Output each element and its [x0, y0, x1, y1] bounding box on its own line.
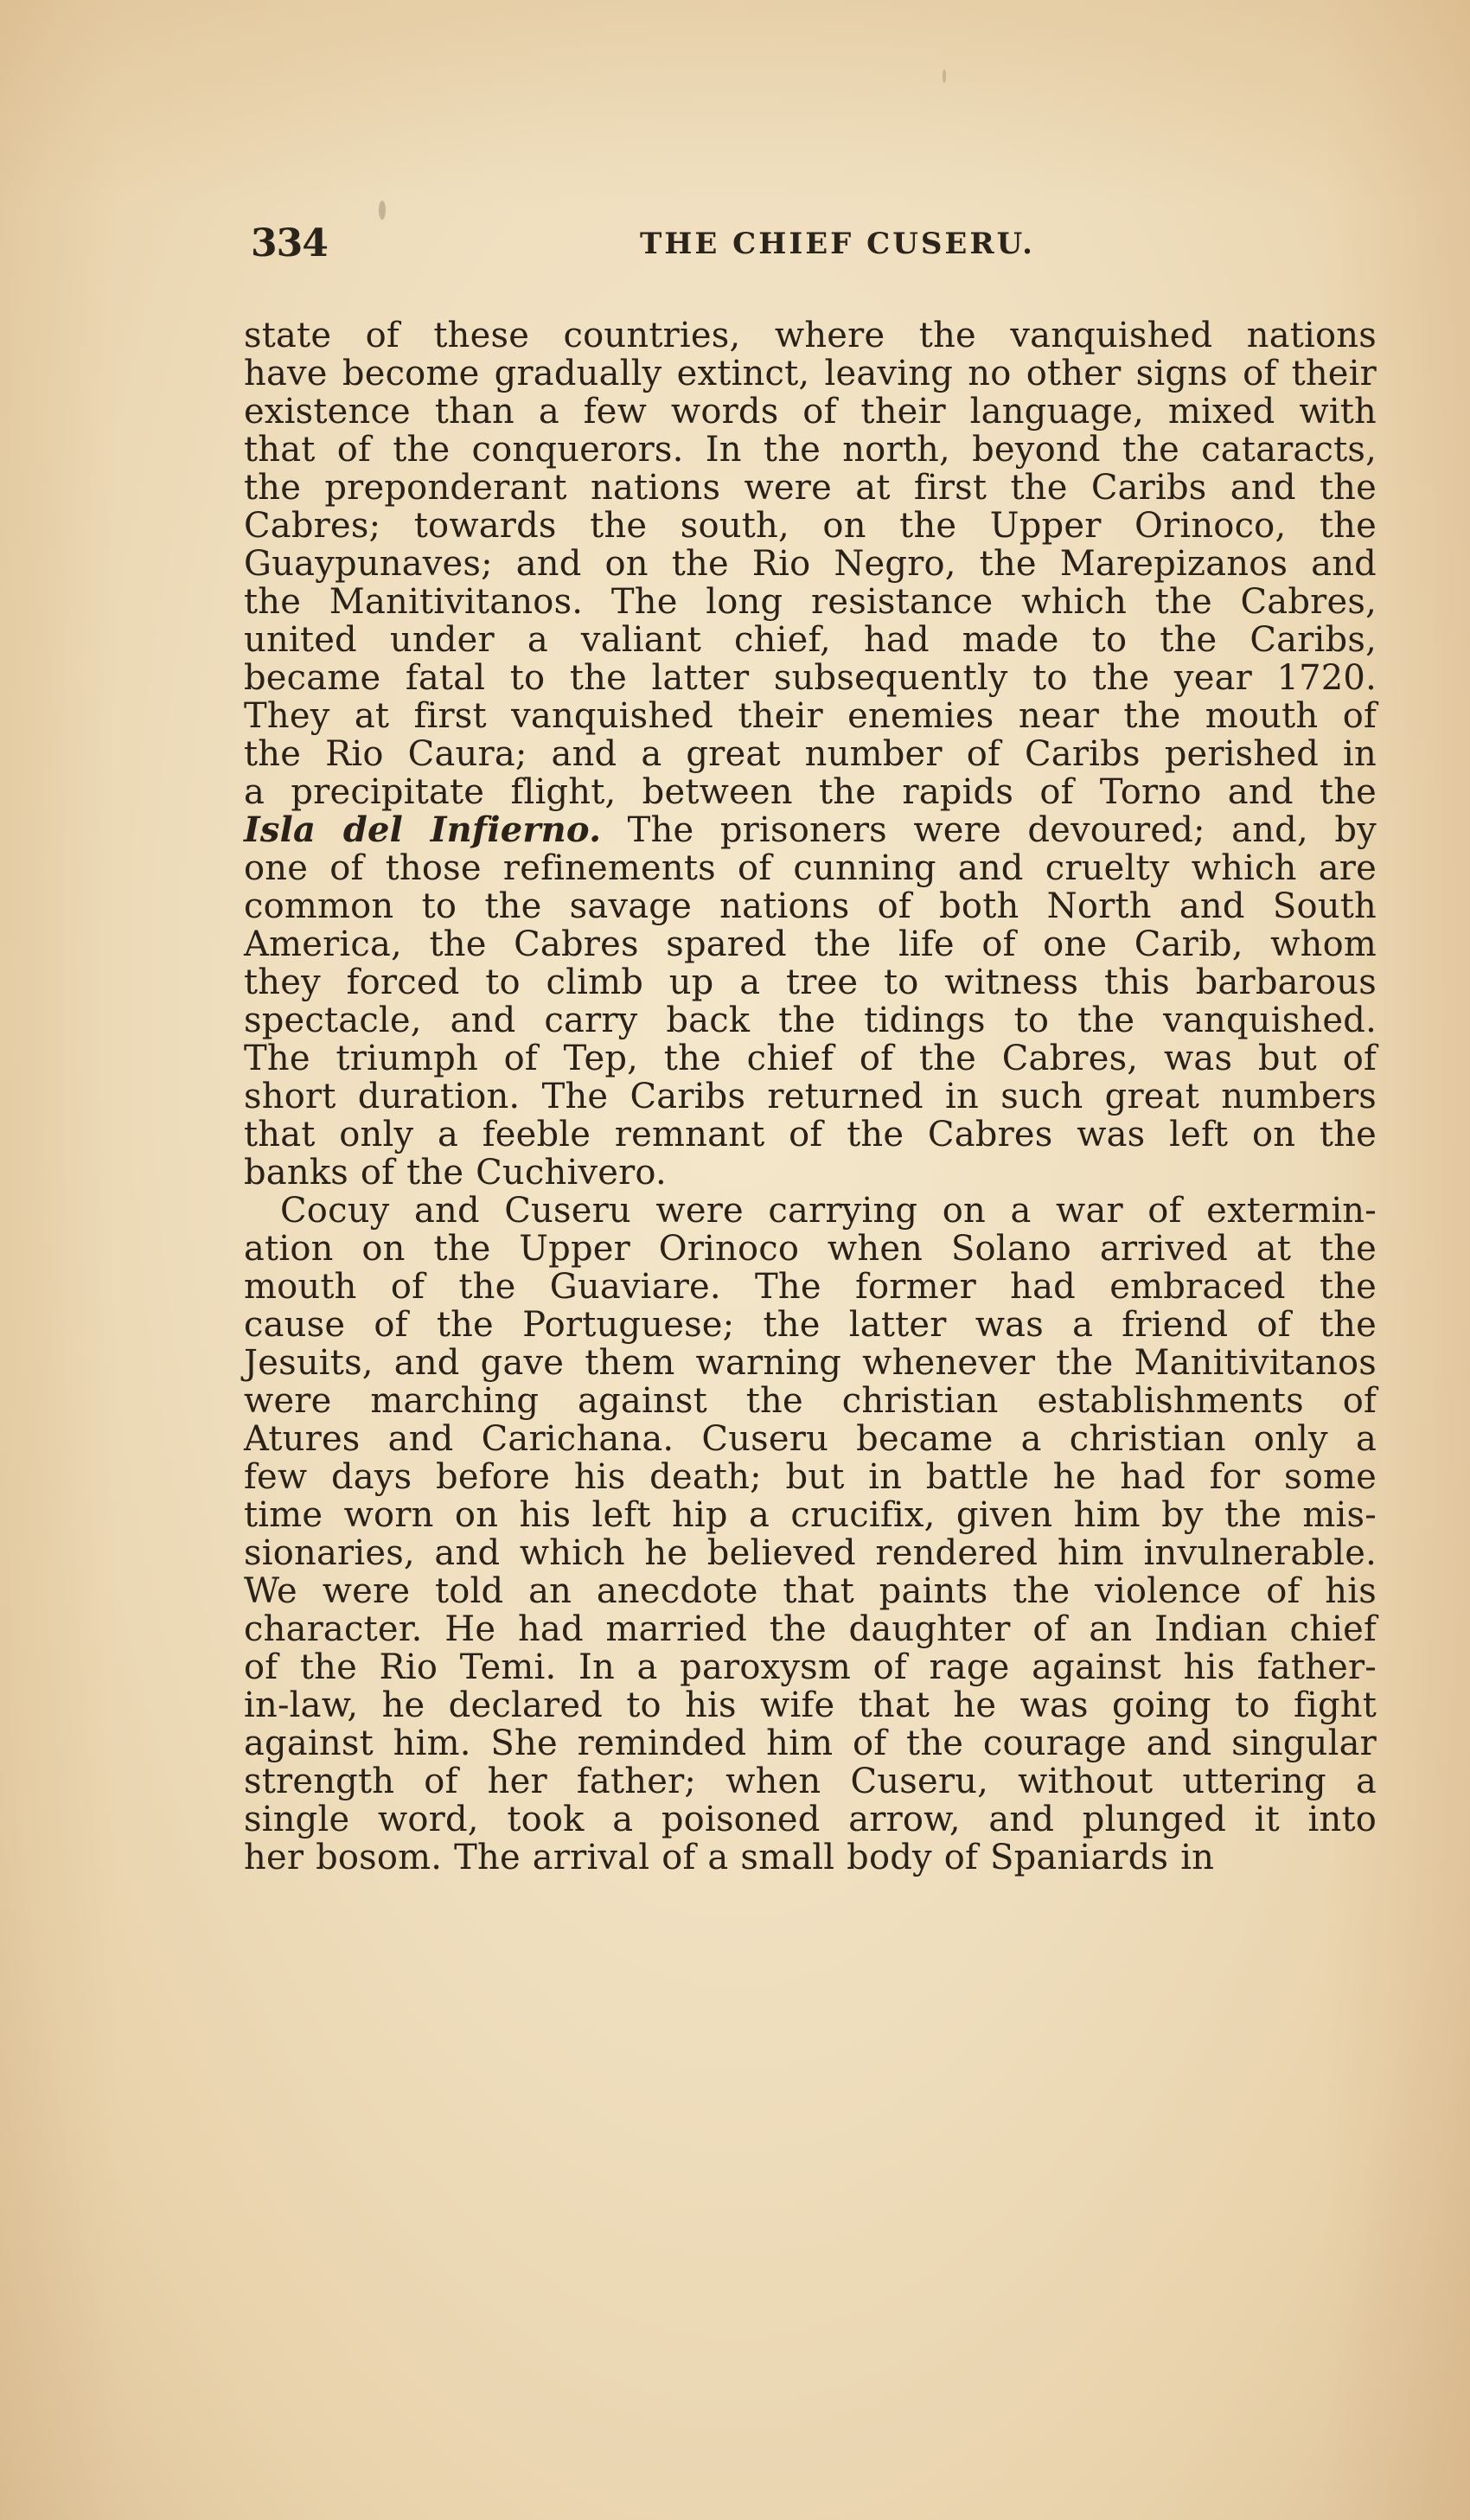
- text-line: spectacle, and carry back the tidings to…: [244, 1001, 1377, 1039]
- text-line: character. He had married the daughter o…: [244, 1610, 1377, 1648]
- paper-blemish: [379, 201, 386, 220]
- text-line: were marching against the christian esta…: [244, 1382, 1377, 1420]
- text-line: her bosom. The arrival of a small body o…: [244, 1839, 1377, 1877]
- text-line: mouth of the Guaviare. The former had em…: [244, 1268, 1377, 1306]
- text-line: We were told an anecdote that paints the…: [244, 1572, 1377, 1610]
- text-line: time worn on his left hip a crucifix, gi…: [244, 1496, 1377, 1534]
- text-line: of the Rio Temi. In a paroxysm of rage a…: [244, 1648, 1377, 1686]
- text-line: Guaypunaves; and on the Rio Negro, the M…: [244, 545, 1377, 583]
- paragraph: state of these countries, where the vanq…: [244, 317, 1377, 1192]
- text-line: existence than a few words of their lang…: [244, 393, 1377, 431]
- text-line: ation on the Upper Orinoco when Solano a…: [244, 1230, 1377, 1268]
- text-line: common to the savage nations of both Nor…: [244, 887, 1377, 925]
- text-line: in-law, he declared to his wife that he …: [244, 1686, 1377, 1724]
- text-line: against him. She reminded him of the cou…: [244, 1724, 1377, 1762]
- running-header: 334 THE CHIEF CUSERU.: [251, 221, 1375, 273]
- text-line: short duration. The Caribs returned in s…: [244, 1078, 1377, 1116]
- text-line: that of the conquerors. In the north, be…: [244, 431, 1377, 469]
- text-line: united under a valiant chief, had made t…: [244, 621, 1377, 659]
- text-line: single word, took a poisoned arrow, and …: [244, 1800, 1377, 1839]
- text-line: the Rio Caura; and a great number of Car…: [244, 735, 1377, 773]
- paragraph: Cocuy and Cuseru were carrying on a war …: [244, 1192, 1377, 1877]
- text-line: The triumph of Tep, the chief of the Cab…: [244, 1039, 1377, 1078]
- text-line: sionaries, and which he believed rendere…: [244, 1534, 1377, 1572]
- text-line: the preponderant nations were at first t…: [244, 469, 1377, 507]
- text-line: They at first vanquished their enemies n…: [244, 697, 1377, 735]
- text-line: Isla del Infierno. The prisoners were de…: [244, 811, 1377, 849]
- text-line: strength of her father; when Cuseru, wit…: [244, 1762, 1377, 1800]
- text-line: America, the Cabres spared the life of o…: [244, 925, 1377, 963]
- body-text: state of these countries, where the vanq…: [244, 317, 1377, 1877]
- text-line: they forced to climb up a tree to witnes…: [244, 963, 1377, 1001]
- text-line: became fatal to the latter subsequently …: [244, 659, 1377, 697]
- text-line: few days before his death; but in battle…: [244, 1458, 1377, 1496]
- page-number: 334: [251, 221, 328, 265]
- text-line: one of those refinements of cunning and …: [244, 849, 1377, 887]
- running-title: THE CHIEF CUSERU.: [640, 227, 1035, 261]
- text-line: cause of the Portuguese; the latter was …: [244, 1306, 1377, 1344]
- text-line: Jesuits, and gave them warning whenever …: [244, 1344, 1377, 1382]
- text-line: that only a feeble remnant of the Cabres…: [244, 1116, 1377, 1154]
- text-line: Atures and Carichana. Cuseru became a ch…: [244, 1420, 1377, 1458]
- paper-blemish: [943, 69, 946, 83]
- text-fragment: The prisoners were devoured; and, by: [601, 810, 1377, 850]
- text-line: a precipitate flight, between the rapids…: [244, 773, 1377, 811]
- text-line: state of these countries, where the vanq…: [244, 317, 1377, 355]
- book-page: 334 THE CHIEF CUSERU. state of these cou…: [0, 0, 1470, 2520]
- text-line: Cocuy and Cuseru were carrying on a war …: [244, 1192, 1377, 1230]
- text-line: have become gradually extinct, leaving n…: [244, 355, 1377, 393]
- text-line: the Manitivitanos. The long resistance w…: [244, 583, 1377, 621]
- text-line: Cabres; towards the south, on the Upper …: [244, 507, 1377, 545]
- text-line: banks of the Cuchivero.: [244, 1154, 1377, 1192]
- italic-place-name: Isla del Infierno.: [244, 809, 601, 850]
